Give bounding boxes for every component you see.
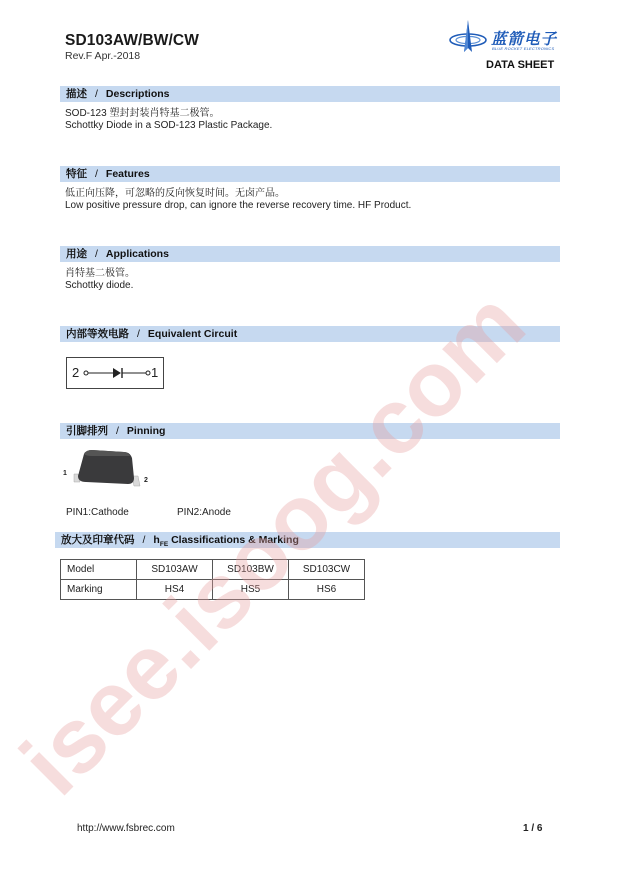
section-title-en: Applications: [106, 248, 169, 260]
features-line-en: Low positive pressure drop, can ignore t…: [65, 200, 411, 211]
table-cell: HS4: [137, 580, 213, 600]
table-cell: HS5: [213, 580, 289, 600]
section-title-cn: 描述: [66, 88, 87, 100]
table-cell: Model: [61, 560, 137, 580]
section-title-en: Pinning: [127, 425, 166, 437]
section-title-en: Descriptions: [106, 88, 170, 100]
sod123-package-icon: [62, 446, 152, 491]
marking-table: Model SD103AW SD103BW SD103CW Marking HS…: [60, 559, 365, 600]
title-rest: Classifications & Marking: [168, 534, 299, 546]
pin1-description: PIN1:Cathode: [66, 507, 129, 518]
section-header-descriptions: 描述/Descriptions: [60, 86, 560, 102]
datasheet-label: DATA SHEET: [486, 59, 554, 71]
separator: /: [95, 88, 98, 100]
table-cell: SD103BW: [213, 560, 289, 580]
section-header-features: 特征/Features: [60, 166, 560, 182]
description-line-cn: SOD-123 塑封封装肖特基二极管。: [65, 104, 219, 119]
separator: /: [116, 425, 119, 437]
section-title-cn: 放大及印章代码: [61, 534, 135, 546]
pin2-description: PIN2:Anode: [177, 507, 231, 518]
table-cell: Marking: [61, 580, 137, 600]
table-row: Model SD103AW SD103BW SD103CW: [61, 560, 365, 580]
separator: /: [95, 248, 98, 260]
document-title: SD103AW/BW/CW: [65, 32, 199, 50]
company-logo: 蓝箭电子 BLUE ROCKET ELECTRONICS DATA SHEET: [448, 18, 568, 76]
applications-line-en: Schottky diode.: [65, 280, 133, 291]
table-row: Marking HS4 HS5 HS6: [61, 580, 365, 600]
table-cell: HS6: [289, 580, 365, 600]
table-cell: SD103AW: [137, 560, 213, 580]
separator: /: [95, 168, 98, 180]
section-title-cn: 特征: [66, 168, 87, 180]
pin-2-label: 2: [144, 477, 148, 484]
section-title-en: Features: [106, 168, 150, 180]
section-title-cn: 用途: [66, 248, 87, 260]
features-line-cn: 低正向压降，可忽略的反向恢复时间。无卤产品。: [65, 184, 285, 199]
description-line-en: Schottky Diode in a SOD-123 Plastic Pack…: [65, 120, 272, 131]
applications-line-cn: 肖特基二极管。: [65, 264, 135, 279]
section-header-applications: 用途/Applications: [60, 246, 560, 262]
hfe-subscript: FE: [160, 541, 168, 548]
table-cell: SD103CW: [289, 560, 365, 580]
section-header-pinning: 引脚排列/Pinning: [60, 423, 560, 439]
section-title-en: Equivalent Circuit: [148, 328, 237, 340]
section-title-cn: 引脚排列: [66, 425, 108, 437]
brand-name-en: BLUE ROCKET ELECTRONICS: [492, 46, 554, 51]
section-header-circuit: 内部等效电路/Equivalent Circuit: [60, 326, 560, 342]
equivalent-circuit-diagram: 2 1: [66, 357, 164, 389]
section-title-en: hFE Classifications & Marking: [153, 534, 298, 546]
terminal-1-label: 1: [151, 365, 158, 380]
separator: /: [143, 534, 146, 546]
revision-label: Rev.F Apr.-2018: [65, 50, 140, 62]
separator: /: [137, 328, 140, 340]
rocket-logo-icon: [448, 18, 492, 58]
footer-url-link[interactable]: http://www.fsbrec.com: [77, 823, 175, 834]
section-header-marking: 放大及印章代码/hFE Classifications & Marking: [55, 532, 560, 548]
section-title-cn: 内部等效电路: [66, 328, 129, 340]
page-number: 1 / 6: [523, 823, 542, 834]
